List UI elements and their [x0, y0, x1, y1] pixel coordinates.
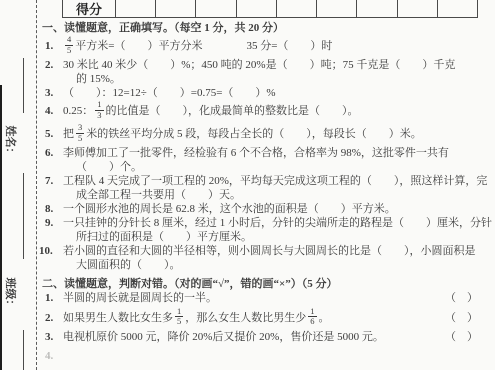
question-line: 10.若小圆的直径和大圆的半径相等，则小圆周长与大圆周长的比是（ ），小圆面积是: [42, 244, 482, 258]
fraction: 13: [95, 100, 103, 121]
question-text: 所扫过的面积是（ ）平方厘米。: [76, 231, 252, 243]
question-text: 平方米=（ ）平方分米 35 分=（ ）时: [75, 40, 332, 52]
question-text: 半圆的周长就是圆周长的一半。: [63, 292, 217, 304]
question-text: 的 15%。: [76, 73, 121, 85]
fraction: 15: [175, 307, 183, 328]
question-line: 8.一个圆形水池的周长是 62.8 米，这个水池的面积是（ ）平方米。: [42, 202, 482, 216]
page-edge-line: [0, 85, 2, 370]
fraction: 35: [76, 123, 84, 144]
answer-blank: （ ）: [445, 307, 478, 330]
question-number: 4.: [45, 349, 53, 365]
question-number: 2.: [45, 307, 53, 330]
question-content: 一、读懂题意，正确填写。（每空 1 分，共 20 分） 1.45平方米=（ ）平…: [42, 21, 482, 349]
fraction: 16: [308, 307, 316, 328]
section-two-title: 二、读懂题意，判断对错。（对的画“√”，错的画“×”）（5 分）: [42, 277, 482, 291]
question-text: 如果男生人数比女生多: [63, 312, 173, 324]
score-table-empty-cell: [276, 0, 316, 17]
question-number: 5.: [45, 123, 53, 146]
question-text: 若小圆的直径和大圆的半径相等，则小圆周长与大圆周长的比是（ ），小圆面积是: [63, 245, 476, 257]
name-class-underline: [23, 173, 24, 259]
question-text: 米的铁丝平均分成 5 段，每段占全长的（ ），每段长（ ）米。: [86, 128, 422, 140]
score-table-empty-cell: [195, 0, 235, 17]
question-number: 9.: [45, 216, 53, 230]
class-field-label: 班级：: [3, 274, 19, 314]
question-line: 1.半圆的周长就是圆周长的一半。（ ）: [42, 291, 482, 307]
question-line: 7.工程队 4 天完成了一项工程的 20%，平均每天完成这项工程的（ ），照这样…: [42, 174, 482, 188]
question-line-continuation: 成全部工程一共要用（ ）天。: [42, 188, 482, 202]
question-number: 10.: [39, 244, 53, 258]
question-text: （ ）：12=12÷（ ）=0.75=（ ）%: [63, 87, 276, 99]
question-line: 3.电视机原价 5000 元，降价 20%后又提价 20%，售价还是 5000 …: [42, 330, 482, 346]
question-line: 6.李师傅加工了一批零件，经检验有 6 个不合格，合格率为 98%，这批零件一共…: [42, 146, 482, 160]
question-line: 2.30 米比 40 米少（ ）%；450 吨的 20%是（ ）吨；75 千克是…: [42, 58, 482, 72]
answer-blank: （ ）: [445, 330, 478, 346]
score-table-empty-cell: [115, 0, 155, 17]
fold-dashed-line: [36, 0, 37, 370]
fraction: 45: [65, 35, 73, 56]
question-number: 6.: [45, 146, 53, 160]
name-underline: [23, 58, 24, 113]
question-number: 4.: [45, 100, 53, 123]
question-number: 3.: [45, 330, 53, 346]
question-text: 0.25：: [63, 105, 93, 117]
question-text: 一只挂钟的分针长 8 厘米，经过 1 小时后，分针的尖端所走的路程是（ ）厘米，…: [63, 217, 492, 229]
question-line-continuation: （ ）个。: [42, 160, 482, 174]
score-table: 得分: [62, 0, 478, 18]
question-text: 李师傅加工了一批零件，经检验有 6 个不合格，合格率为 98%，这批零件一共有: [63, 147, 449, 159]
question-text: 成全部工程一共要用（ ）天。: [76, 189, 241, 201]
class-underline: [23, 330, 24, 370]
question-line: 2.如果男生人数比女生多15，那么女生人数比男生少16。（ ）: [42, 307, 482, 330]
name-field-label: 姓名：: [3, 122, 19, 162]
question-text: （ ）个。: [76, 161, 142, 173]
section-two-questions: 1.半圆的周长就是圆周长的一半。（ ）2.如果男生人数比女生多15，那么女生人数…: [42, 291, 482, 345]
score-table-empty-cell: [155, 0, 195, 17]
question-number: 1.: [45, 35, 53, 58]
score-table-empty-cell: [397, 0, 437, 17]
question-text: 电视机原价 5000 元，降价 20%后又提价 20%，售价还是 5000 元。: [63, 331, 384, 343]
question-line: 5.把35米的铁丝平均分成 5 段，每段占全长的（ ），每段长（ ）米。: [42, 123, 482, 146]
answer-blank: （ ）: [445, 291, 478, 307]
question-line: 3.（ ）：12=12÷（ ）=0.75=（ ）%: [42, 86, 482, 100]
question-text: 工程队 4 天完成了一项工程的 20%，平均每天完成这项工程的（ ），照这样计算…: [63, 175, 487, 187]
question-text: 。: [319, 312, 330, 324]
score-table-empty-cell: [437, 0, 477, 17]
section-one-questions: 1.45平方米=（ ）平方分米 35 分=（ ）时2.30 米比 40 米少（ …: [42, 35, 482, 272]
section-one-title: 一、读懂题意，正确填写。（每空 1 分，共 20 分）: [42, 21, 482, 35]
score-table-empty-cell: [316, 0, 356, 17]
exam-paper-page: 姓名： 班级： 得分 一、读懂题意，正确填写。（每空 1 分，共 20 分） 1…: [0, 0, 495, 370]
question-line-continuation: 所扫过的面积是（ ）平方厘米。: [42, 230, 482, 244]
question-text: 一个圆形水池的周长是 62.8 米，这个水池的面积是（ ）平方米。: [63, 203, 396, 215]
question-line-continuation: 的 15%。: [42, 72, 482, 86]
question-line: 4.0.25：13的比值是（ ），化成最简单的整数比是（ ）。: [42, 100, 482, 123]
question-number: 7.: [45, 174, 53, 188]
question-number: 2.: [45, 58, 53, 72]
question-text: ，那么女生人数比男生少: [185, 312, 306, 324]
question-line: 9.一只挂钟的分针长 8 厘米，经过 1 小时后，分针的尖端所走的路程是（ ）厘…: [42, 216, 482, 230]
question-number: 1.: [45, 291, 53, 307]
score-table-empty-cell: [236, 0, 276, 17]
score-table-empty-cell: [356, 0, 396, 17]
score-table-label-cell: 得分: [62, 0, 115, 17]
question-number: 3.: [45, 86, 53, 100]
question-line-continuation: 大圆面积的（ ）。: [42, 258, 482, 272]
question-text: 30 米比 40 米少（ ）%；450 吨的 20%是（ ）吨；75 千克是（ …: [63, 59, 455, 71]
question-line: 1.45平方米=（ ）平方分米 35 分=（ ）时: [42, 35, 482, 58]
question-number: 8.: [45, 202, 53, 216]
question-text: 的比值是（ ），化成最简单的整数比是（ ）。: [106, 105, 359, 117]
question-text: 大圆面积的（ ）。: [76, 259, 181, 271]
question-text: 把: [63, 128, 74, 140]
